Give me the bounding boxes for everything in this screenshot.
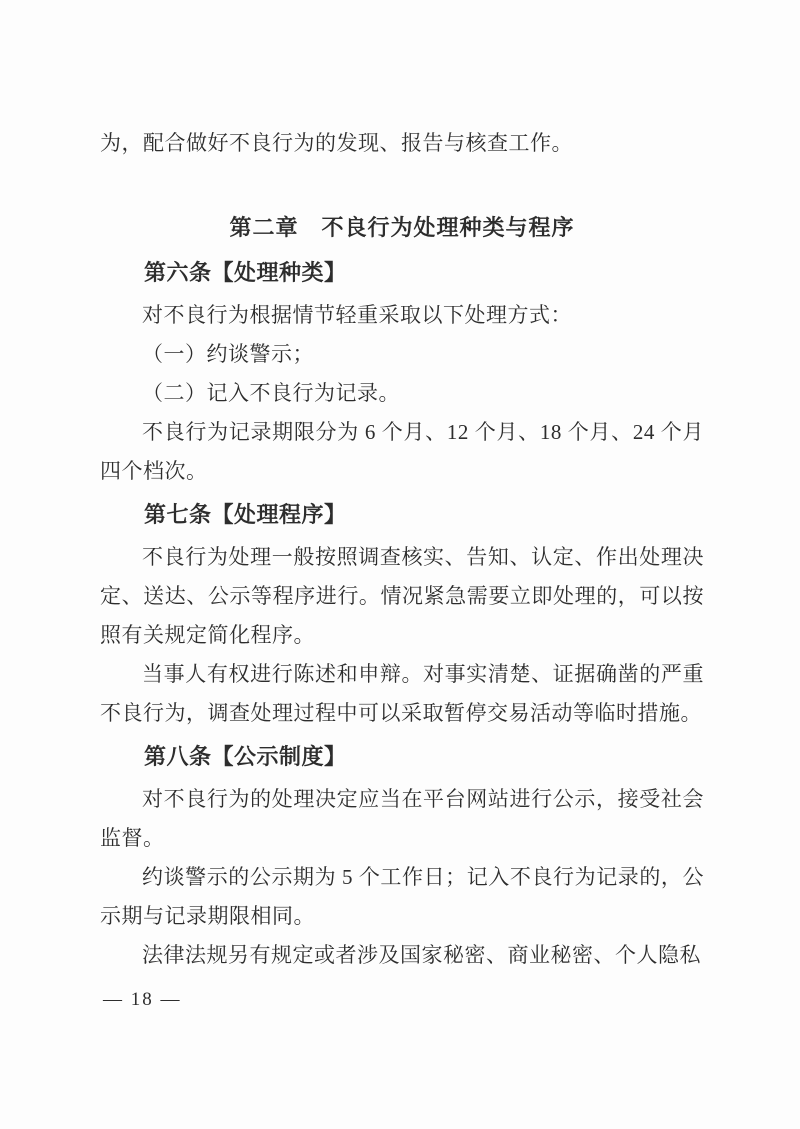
chapter-heading: 第二章 不良行为处理种类与程序 (100, 208, 704, 247)
article-6-item-2: （二）记入不良行为记录。 (100, 374, 704, 413)
article-title-8: 第八条【公示制度】 (100, 737, 704, 776)
article-title-6: 第六条【处理种类】 (100, 253, 704, 292)
continuation-paragraph: 为，配合做好不良行为的发现、报告与核查工作。 (100, 124, 704, 163)
article-8-paragraph: 对不良行为的处理决定应当在平台网站进行公示，接受社会监督。 (100, 780, 704, 858)
article-6-paragraph: 对不良行为根据情节轻重采取以下处理方式： (100, 296, 704, 335)
article-6-item-1: （一）约谈警示； (100, 335, 704, 374)
article-8-paragraph: 约谈警示的公示期为 5 个工作日；记入不良行为记录的，公示期与记录期限相同。 (100, 858, 704, 936)
article-8-paragraph: 法律法规另有规定或者涉及国家秘密、商业秘密、个人隐私 (100, 936, 704, 975)
scanned-document-page: 为，配合做好不良行为的发现、报告与核查工作。 第二章 不良行为处理种类与程序 第… (0, 0, 800, 1129)
article-6-paragraph: 不良行为记录期限分为 6 个月、12 个月、18 个月、24 个月四个档次。 (100, 413, 704, 491)
page-number: — 18 — (103, 986, 182, 1014)
article-title-7: 第七条【处理程序】 (100, 495, 704, 534)
article-7-paragraph: 当事人有权进行陈述和申辩。对事实清楚、证据确凿的严重不良行为，调查处理过程中可以… (100, 655, 704, 733)
document-text-block: 为，配合做好不良行为的发现、报告与核查工作。 第二章 不良行为处理种类与程序 第… (100, 124, 704, 975)
article-7-paragraph: 不良行为处理一般按照调查核实、告知、认定、作出处理决定、送达、公示等程序进行。情… (100, 538, 704, 655)
